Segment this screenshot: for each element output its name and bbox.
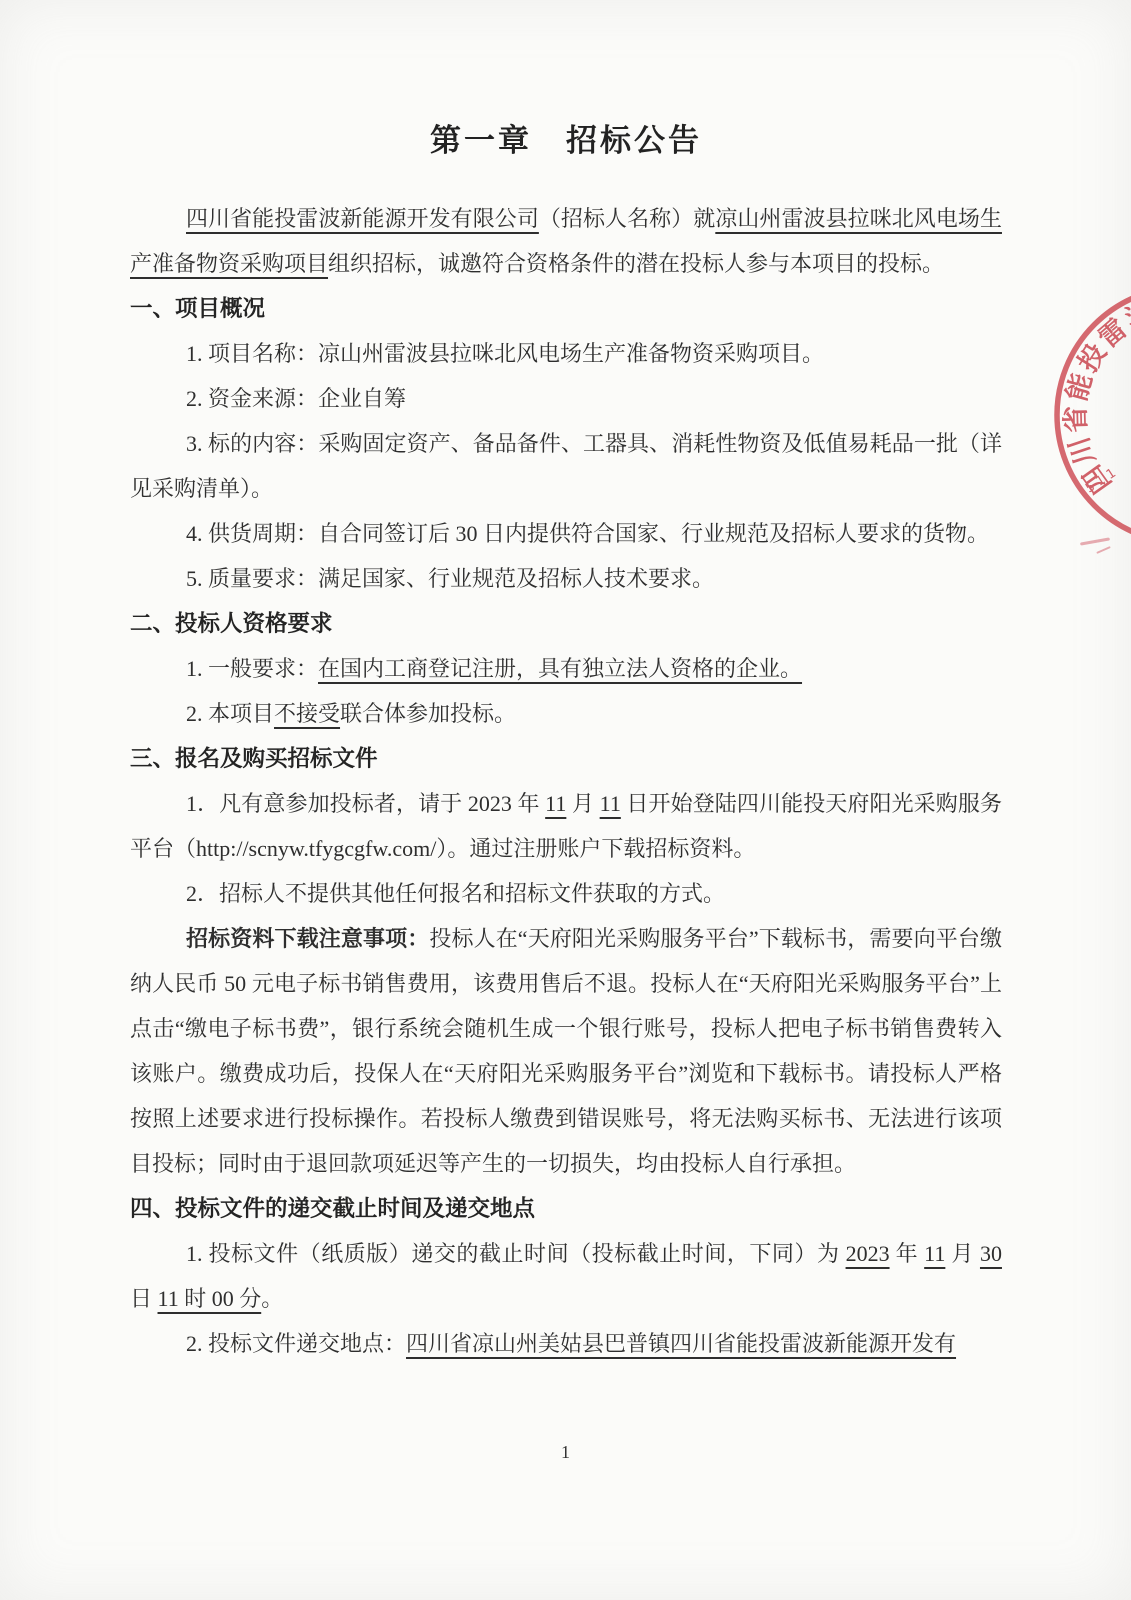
- delivery-address-underlined: 四川省凉山州美姑县巴普镇四川省能投雷波新能源开发有: [406, 1331, 956, 1356]
- sec2-item1-underlined: 在国内工商登记注册，具有独立法人资格的企业。: [318, 656, 802, 681]
- deadline-month: 11: [924, 1241, 945, 1266]
- download-note-label: 招标资料下载注意事项：: [186, 926, 429, 951]
- sec4-item-deadline: 1. 投标文件（纸质版）递交的截止时间（投标截止时间，下同）为 2023 年 1…: [130, 1231, 1002, 1321]
- ink-smudge: [1096, 546, 1111, 554]
- page-number: 1: [0, 1442, 1131, 1463]
- sec2-item2-pre: 2. 本项目: [186, 701, 274, 726]
- intro-text-rest: 组织招标，诚邀符合资格条件的潜在投标人参与本项目的投标。: [328, 251, 944, 276]
- section-3-heading: 三、报名及购买招标文件: [130, 736, 1002, 781]
- bidder-company-name: 四川省能投雷波新能源开发有限公司: [186, 206, 539, 231]
- download-note-body: 投标人在“天府阳光采购服务平台”下载标书，需要向平台缴纳人民币 50 元电子标书…: [130, 926, 1002, 1176]
- intro-text: （招标人名称）就: [539, 206, 715, 231]
- sec4-item2-label: 2. 投标文件递交地点：: [186, 1331, 406, 1356]
- sec4-item1-mid3: 日: [130, 1286, 158, 1311]
- document-content: 第一章 招标公告 四川省能投雷波新能源开发有限公司（招标人名称）就凉山州雷波县拉…: [130, 118, 1002, 1366]
- sec1-item-quality-requirement: 5. 质量要求：满足国家、行业规范及招标人技术要求。: [130, 556, 1002, 601]
- intro-paragraph: 四川省能投雷波新能源开发有限公司（招标人名称）就凉山州雷波县拉咪北风电场生产准备…: [130, 196, 1002, 286]
- sec2-item-general-requirement: 1. 一般要求：在国内工商登记注册，具有独立法人资格的企业。: [130, 646, 1002, 691]
- sec1-item-funding-source: 2. 资金来源：企业自筹: [130, 376, 1002, 421]
- sec1-item-project-name: 1. 项目名称：凉山州雷波县拉咪北风电场生产准备物资采购项目。: [130, 331, 1002, 376]
- sec4-item1-mid1: 年: [890, 1241, 925, 1266]
- sec3-download-note: 招标资料下载注意事项：投标人在“天府阳光采购服务平台”下载标书，需要向平台缴纳人…: [130, 916, 1002, 1186]
- sec2-item2-post: 联合体参加投标。: [340, 701, 516, 726]
- deadline-time: 11 时 00 分: [158, 1286, 262, 1311]
- deadline-year: 2023: [846, 1241, 890, 1266]
- sec3-item1-pre: 1．凡有意参加投标者，请于 2023 年: [186, 791, 545, 816]
- sec1-item-delivery-period: 4. 供货周期：自合同签订后 30 日内提供符合国家、行业规范及招标人要求的货物…: [130, 511, 1002, 556]
- chapter-title: 第一章 招标公告: [130, 118, 1002, 164]
- sec2-item2-underlined: 不接受: [274, 701, 340, 726]
- sec2-item-no-consortium: 2. 本项目不接受联合体参加投标。: [130, 691, 1002, 736]
- sec1-item-subject-content: 3. 标的内容：采购固定资产、备品备件、工器具、消耗性物资及低值易耗品一批（详见…: [130, 421, 1002, 511]
- document-page: 第一章 招标公告 四川省能投雷波新能源开发有限公司（招标人名称）就凉山州雷波县拉…: [0, 0, 1131, 1600]
- sec3-item-registration: 1．凡有意参加投标者，请于 2023 年 11 月 11 日开始登陆四川能投天府…: [130, 781, 1002, 871]
- seal-ring: [1057, 287, 1131, 543]
- ink-smudge: [1080, 537, 1110, 545]
- sec4-item1-pre: 1. 投标文件（纸质版）递交的截止时间（投标截止时间，下同）为: [186, 1241, 846, 1266]
- section-4-heading: 四、投标文件的递交截止时间及递交地点: [130, 1186, 1002, 1231]
- sec3-item1-day: 11: [600, 791, 621, 816]
- section-1-heading: 一、项目概况: [130, 286, 1002, 331]
- deadline-day: 30: [980, 1241, 1002, 1266]
- sec4-item1-end: 。: [261, 1286, 283, 1311]
- sec4-item-delivery-address: 2. 投标文件递交地点：四川省凉山州美姑县巴普镇四川省能投雷波新能源开发有: [130, 1321, 1002, 1366]
- company-seal-stamp: 四川省能投雷波新能源开发有限公司 5 1 1: [1005, 265, 1131, 605]
- sec4-item1-mid2: 月: [945, 1241, 980, 1266]
- sec3-item1-month: 11: [545, 791, 566, 816]
- seal-ring-text: 四川省能投雷波新能源开发有限公司: [1061, 289, 1131, 503]
- seal-code-digits: 5 1 1: [1083, 466, 1119, 497]
- sec3-item1-mid: 月: [566, 791, 599, 816]
- sec3-item-no-other-way: 2．招标人不提供其他任何报名和招标文件获取的方式。: [130, 871, 1002, 916]
- sec2-item1-label: 1. 一般要求：: [186, 656, 318, 681]
- section-2-heading: 二、投标人资格要求: [130, 601, 1002, 646]
